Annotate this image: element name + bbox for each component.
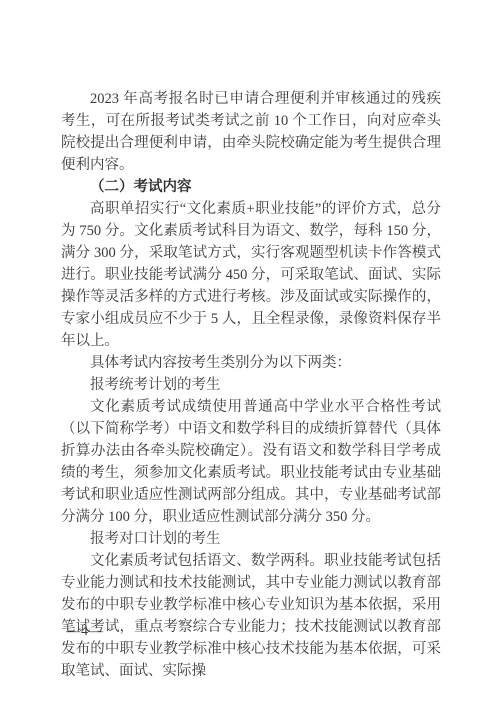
document-page: 2023 年高考报名时已申请合理便利并审核通过的残疾考生，可在所报考试类考试之前… bbox=[0, 0, 500, 706]
subheading-duikou-plan-examinees: 报考对口计划的考生 bbox=[61, 528, 441, 550]
paragraph-duikou-plan-detail: 文化素质考试包括语文、数学两科。职业技能考试包括专业能力测试和技术技能测试，其中… bbox=[61, 550, 441, 682]
section-heading-exam-content: （二）考试内容 bbox=[61, 176, 441, 198]
paragraph-category-intro: 具体考试内容按考生类别分为以下两类： bbox=[61, 352, 441, 374]
page-number: —4— bbox=[66, 621, 104, 643]
paragraph-exam-overview: 高职单招实行“文化素质+职业技能”的评价方式，总分为 750 分。文化素质考试科… bbox=[61, 198, 441, 352]
document-body: 2023 年高考报名时已申请合理便利并审核通过的残疾考生，可在所报考试类考试之前… bbox=[61, 88, 441, 682]
paragraph-accessibility-accommodation: 2023 年高考报名时已申请合理便利并审核通过的残疾考生，可在所报考试类考试之前… bbox=[61, 88, 441, 176]
paragraph-unified-plan-detail: 文化素质考试成绩使用普通高中学业水平合格性考试（以下简称学考）中语文和数学科目的… bbox=[61, 396, 441, 528]
subheading-unified-plan-examinees: 报考统考计划的考生 bbox=[61, 374, 441, 396]
